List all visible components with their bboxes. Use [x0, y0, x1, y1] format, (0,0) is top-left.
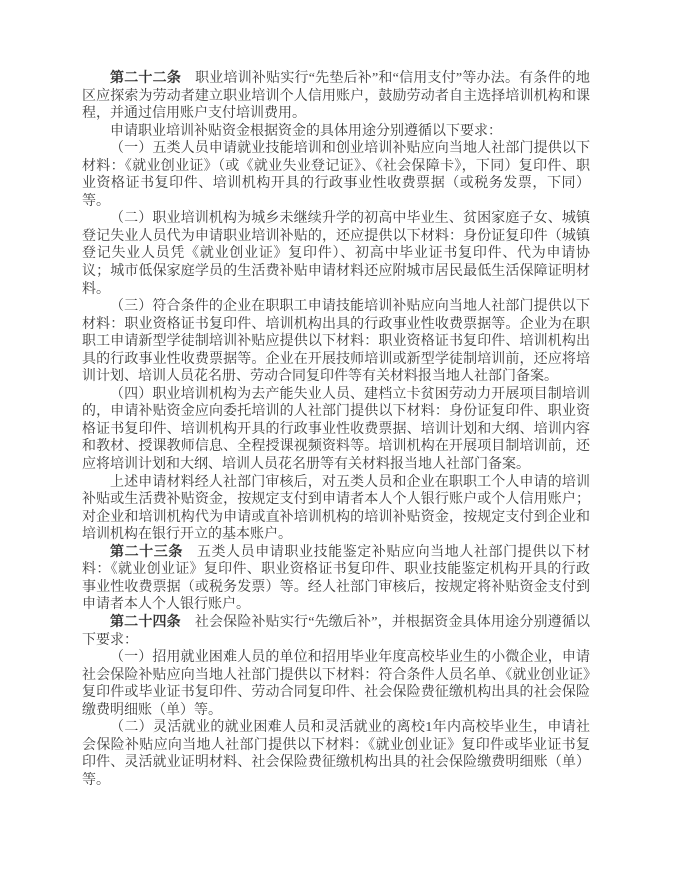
- article-24-number: 第二十四条: [110, 615, 181, 630]
- paragraph-article-24: 第二十四条社会保险补贴实行“先缴后补”，并根据资金具体用途分别遵循以下要求：: [82, 614, 590, 649]
- paragraph-clause-2: （二）职业培训机构为城乡未继续升学的初高中毕业生、贫困家庭子女、城镇登记失业人员…: [82, 210, 590, 298]
- clause-1-text: （一）五类人员申请就业技能培训和创业培训补贴应向当地人社部门提供以下材料：《就业…: [82, 141, 590, 209]
- paragraph-clause-4: （四）职业培训机构为去产能失业人员、建档立卡贫困劳动力开展项目制培训的，申请补贴…: [82, 386, 590, 474]
- insurance-clause-1-text: （一）招用就业困难人员的单位和招用毕业年度高校毕业生的小微企业，申请社会保险补贴…: [82, 650, 590, 718]
- intro-requirements-text: 申请职业培训补贴资金根据资金的具体用途分别遵循以下要求：: [110, 124, 502, 139]
- paragraph-insurance-clause-2: （二）灵活就业的就业困难人员和灵活就业的离校1年内高校毕业生，申请社会保险补贴应…: [82, 719, 590, 789]
- clause-4-text: （四）职业培训机构为去产能失业人员、建档立卡贫困劳动力开展项目制培训的，申请补贴…: [82, 387, 590, 472]
- paragraph-payment-summary: 上述申请材料经人社部门审核后，对五类人员和企业在职职工个人申请的培训补贴或生活费…: [82, 474, 590, 544]
- payment-summary-text: 上述申请材料经人社部门审核后，对五类人员和企业在职职工个人申请的培训补贴或生活费…: [82, 475, 590, 543]
- paragraph-clause-3: （三）符合条件的企业在职职工申请技能培训补贴应向当地人社部门提供以下材料：职业资…: [82, 298, 590, 386]
- paragraph-article-22: 第二十二条职业培训补贴实行“先垫后补”和“信用支付”等办法。有条件的地区应探索为…: [82, 70, 590, 123]
- paragraph-clause-1: （一）五类人员申请就业技能培训和创业培训补贴应向当地人社部门提供以下材料：《就业…: [82, 140, 590, 210]
- article-23-number: 第二十三条: [110, 545, 183, 560]
- paragraph-insurance-clause-1: （一）招用就业困难人员的单位和招用毕业年度高校毕业生的小微企业，申请社会保险补贴…: [82, 649, 590, 719]
- paragraph-intro-requirements: 申请职业培训补贴资金根据资金的具体用途分别遵循以下要求：: [82, 123, 590, 141]
- insurance-clause-2-text: （二）灵活就业的就业困难人员和灵活就业的离校1年内高校毕业生，申请社会保险补贴应…: [82, 720, 590, 788]
- document-page: 第二十二条职业培训补贴实行“先垫后补”和“信用支付”等办法。有条件的地区应探索为…: [0, 0, 680, 880]
- paragraph-article-23: 第二十三条五类人员申请职业技能鉴定补贴应向当地人社部门提供以下材料：《就业创业证…: [82, 544, 590, 614]
- article-22-number: 第二十二条: [110, 71, 181, 86]
- clause-2-text: （二）职业培训机构为城乡未继续升学的初高中毕业生、贫困家庭子女、城镇登记失业人员…: [82, 211, 590, 296]
- clause-3-text: （三）符合条件的企业在职职工申请技能培训补贴应向当地人社部门提供以下材料：职业资…: [82, 299, 590, 384]
